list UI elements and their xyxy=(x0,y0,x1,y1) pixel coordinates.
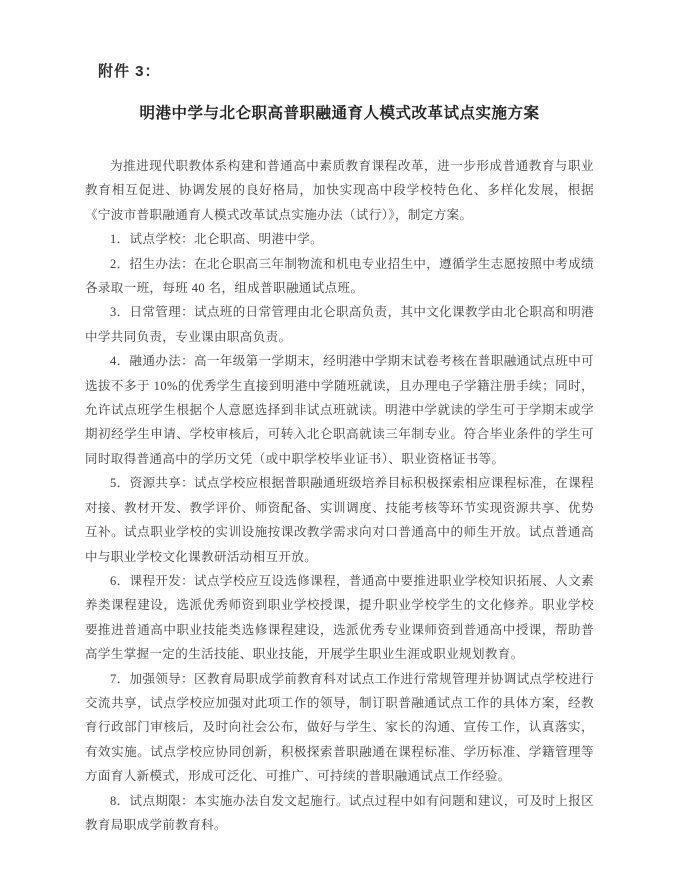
document-page: 附件 3： 明港中学与北仑职高普职融通育人模式改革试点实施方案 为推进现代职教体… xyxy=(0,0,677,889)
paragraph-item-6-curriculum: 6．课程开发：试点学校应互设选修课程，普通高中要推进职业学校知识拓展、人文素养类… xyxy=(85,569,594,667)
paragraph-item-2-enrollment: 2．招生办法：在北仑职高三年制物流和机电专业招生中，遵循学生志愿按照中考成绩各录… xyxy=(85,252,594,301)
document-body: 为推进现代职教体系构建和普通高中素质教育课程改革，进一步形成普通教育与职业教育相… xyxy=(85,154,594,837)
paragraph-item-3-management: 3．日常管理：试点班的日常管理由北仑职高负责，其中文化课教学由北仑职高和明港中学… xyxy=(85,300,594,349)
paragraph-item-8-duration: 8．试点期限：本实施办法自发文起施行。试点过程中如有问题和建议，可及时上报区教育… xyxy=(85,789,594,838)
paragraph-item-1-schools: 1．试点学校：北仑职高、明港中学。 xyxy=(85,227,594,251)
paragraph-item-7-leadership: 7．加强领导：区教育局职成学前教育科对试点工作进行常规管理并协调试点学校进行交流… xyxy=(85,667,594,789)
paragraph-item-4-transfer: 4．融通办法：高一年级第一学期末，经明港中学期末试卷考核在普职融通试点班中可选拔… xyxy=(85,349,594,471)
paragraph-intro: 为推进现代职教体系构建和普通高中素质教育课程改革，进一步形成普通教育与职业教育相… xyxy=(85,154,594,227)
document-title: 明港中学与北仑职高普职融通育人模式改革试点实施方案 xyxy=(85,101,594,123)
attachment-label: 附件 3： xyxy=(98,60,594,81)
paragraph-item-5-resources: 5．资源共享：试点学校应根据普职融通班级培养目标积极探索相应课程标准，在课程对接… xyxy=(85,471,594,569)
